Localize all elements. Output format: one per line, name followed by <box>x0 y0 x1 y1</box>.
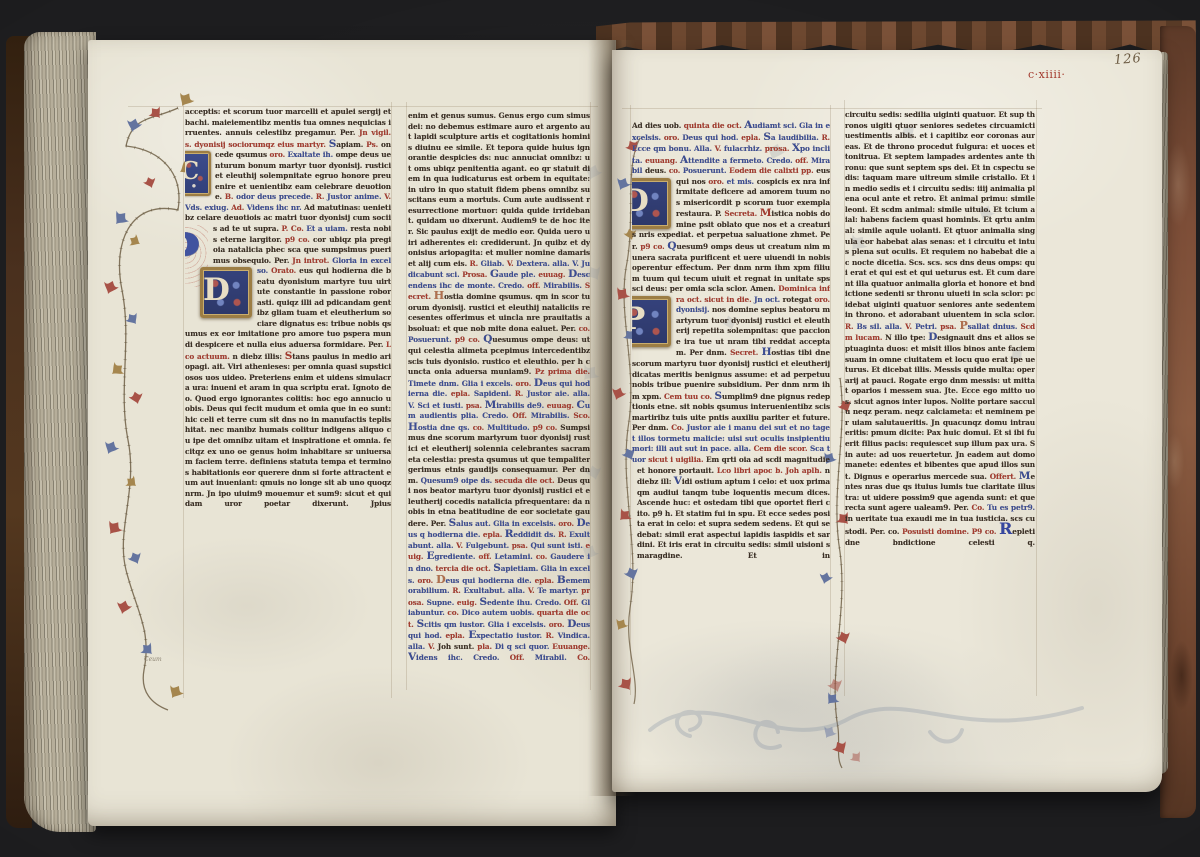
text-run: D <box>436 573 445 586</box>
text-run: Secreta. <box>724 209 759 218</box>
text-run: a laudibilia. <box>771 133 822 142</box>
text-run: edente ihu. Credo. <box>487 598 564 607</box>
text-run: euuag. <box>538 270 568 279</box>
text-run: p9 co. <box>455 335 483 344</box>
text-run: Euuange. <box>552 642 590 651</box>
text-run: S <box>493 562 500 574</box>
text-run: co. <box>447 608 461 617</box>
text-run: Bs sil. alla. <box>857 322 906 331</box>
text-run: V <box>408 651 416 663</box>
text-run: idens ihc. Credo. <box>416 653 510 662</box>
text-run: V. <box>456 541 465 550</box>
text-column-right-2: circuitu sedis: sedilia uiginti quatuor.… <box>845 110 1035 692</box>
text-run: Jn oct. <box>754 295 783 304</box>
text-run: Cem tuu co. <box>664 392 715 401</box>
text-run: Deus qui hod. <box>682 133 741 142</box>
text-run: D <box>928 331 937 343</box>
text-run: Orato. <box>271 266 299 275</box>
text-run: V <box>674 475 682 487</box>
illuminated-initial-D: D <box>200 267 252 318</box>
text-run: Lco libri apoc b. Joh aplh. <box>717 466 825 475</box>
illuminated-initial-C: C <box>185 151 211 196</box>
text-run: aude ple. <box>499 270 538 279</box>
text-run: Quesum9 oipe ds. <box>421 476 495 485</box>
running-title: c·xiiii· <box>1028 68 1065 81</box>
text-run: Fulgebunt. <box>466 541 512 550</box>
text-run: R. <box>558 530 569 539</box>
text-run: R. <box>822 133 830 142</box>
text-run: co. <box>579 324 590 333</box>
text-run: euig. <box>457 598 480 607</box>
text-run: D <box>567 618 576 630</box>
text-column-left-2: enim et genus sumus. Genus ergo cum simu… <box>408 111 590 687</box>
text-run: oro. <box>558 519 576 528</box>
text-run: euuag. <box>547 401 577 410</box>
text-run: D <box>568 268 577 280</box>
text-run: epla. <box>483 530 505 539</box>
text-run: rotegat <box>783 295 815 304</box>
ruling-line <box>406 102 407 690</box>
text-run: epla. <box>535 576 557 585</box>
text-run: co. <box>536 552 551 561</box>
text-run: B. <box>225 192 236 201</box>
text-run: p9 co. <box>640 242 667 251</box>
text-run: irabilis de9. <box>496 401 547 410</box>
text-run: off. <box>478 552 494 561</box>
text-run: Letamini. <box>495 552 536 561</box>
text-run: oro. <box>549 620 567 629</box>
text-run: Ps. <box>366 140 381 149</box>
text-run: Pz prima die. <box>535 367 590 376</box>
text-run: Sapideni. <box>474 389 515 398</box>
text-run: Ecce qm bonu. Alla. <box>632 144 715 153</box>
text-run: Cem die scor. <box>754 444 810 453</box>
text-run: epla. <box>741 133 763 142</box>
text-run: et mis. <box>727 177 757 186</box>
text-run: C <box>577 399 585 411</box>
text-run: citis qm iustor. Glia i excelsis. <box>424 620 549 629</box>
text-run: psa. <box>512 541 531 550</box>
text-run: B <box>557 574 566 586</box>
text-run: apiam. <box>336 140 366 149</box>
text-run: G <box>490 268 499 280</box>
text-run: S <box>449 517 456 529</box>
text-run: Gliab. <box>481 259 507 268</box>
text-run: oro. <box>814 295 830 304</box>
text-run: R. <box>316 192 327 201</box>
text-run: ttendite a fermeto. Credo. <box>688 156 795 165</box>
text-run: euuang. <box>645 156 680 165</box>
text-run: P <box>959 319 967 332</box>
text-run: grediente. <box>434 552 478 561</box>
text-run: V. <box>905 322 915 331</box>
text-run: sallat dnius. <box>968 322 1021 331</box>
text-run: V. <box>528 586 538 595</box>
text-run: Petri. <box>915 322 940 331</box>
text-run: Q <box>483 333 492 345</box>
text-run: Supne. <box>427 598 457 607</box>
text-run: Secret. <box>730 348 761 357</box>
text-run: deus. <box>645 166 669 175</box>
text-column-left-1: acceptis: et scorum tuor marcelli et apu… <box>185 107 391 693</box>
margin-note: Ceum <box>144 656 162 663</box>
text-run: M <box>1019 470 1031 482</box>
text-run: R <box>999 519 1012 538</box>
text-run: oro. <box>664 133 682 142</box>
text-run: N illo tpe: <box>885 333 928 342</box>
text-run: A <box>680 154 688 166</box>
text-run: enim et genus sumus. Genus ergo cum simu… <box>408 111 590 268</box>
text-run: R. <box>546 631 558 640</box>
text-run: Videns ihc nr. <box>247 203 304 212</box>
text-run: oro. <box>516 379 534 388</box>
text-run: off. <box>527 281 543 290</box>
text-run: esignauit dns et alios septuaginta duos:… <box>845 333 1035 480</box>
text-run: oro. <box>708 177 726 186</box>
text-run: V. <box>428 642 438 651</box>
text-run: Joh sunt. <box>438 642 477 651</box>
text-run: S <box>480 596 487 608</box>
text-run: Mirabilis. <box>543 281 585 290</box>
text-run: psa. <box>466 401 485 410</box>
text-run: sicut i uigilia. <box>648 455 706 464</box>
text-run: odor deus precede. <box>236 192 316 201</box>
text-run: V. <box>384 192 391 201</box>
text-run: Exultabut. alla. <box>464 586 528 595</box>
text-run: Ad. <box>231 203 247 212</box>
text-run: Sco. <box>573 411 590 420</box>
text-run: co. <box>669 166 683 175</box>
text-run: circuitu sedis: sedilia uiginti quatuor.… <box>845 110 1035 319</box>
text-run: V. <box>507 259 516 268</box>
text-run: R. <box>470 259 481 268</box>
text-run: D <box>534 377 543 389</box>
text-run: Jn introt. <box>292 256 332 265</box>
text-run: M <box>760 207 772 219</box>
text-run: xpectatio iustor. <box>476 631 545 640</box>
text-run: ostia dne qs. <box>418 423 473 432</box>
illuminated-initial-P: P <box>632 296 671 347</box>
text-run: Co. <box>671 423 687 432</box>
text-run: P. Co. <box>282 224 307 233</box>
text-run: Qui sunt isti. <box>531 541 586 550</box>
text-run: H <box>762 346 772 358</box>
text-run: Co. <box>972 503 988 512</box>
text-run: P9 co. <box>972 527 999 536</box>
text-run: Prosa. <box>462 270 490 279</box>
text-run: eus qui hodierna die. <box>446 576 535 585</box>
text-run: eddidit ds. <box>513 530 558 539</box>
text-run: S <box>417 618 424 630</box>
ruling-line <box>391 102 392 698</box>
illuminated-initial-D: D <box>632 178 671 229</box>
folio-number: 126 <box>1114 51 1143 68</box>
text-run: R. <box>515 389 527 398</box>
text-run: Ad dies uob. <box>632 121 684 130</box>
text-run: Vds. exiug. <box>185 203 231 212</box>
text-run: Dico autem uobis. <box>461 608 536 617</box>
text-run: Exaltate ih. <box>288 150 336 159</box>
text-run: Te martyr. <box>538 586 582 595</box>
text-run: Posuerunt. <box>683 166 729 175</box>
page-right: Ad dies uob. quinta die oct. Audiamt sci… <box>612 50 1162 792</box>
text-run: Eodem die calixti pp. <box>729 166 816 175</box>
text-run: fulacrhiz. <box>724 144 765 153</box>
text-run: X <box>792 142 800 154</box>
text-run: Off. <box>510 653 535 662</box>
text-run: secuda die oct. <box>495 476 558 485</box>
text-run: p9 co. <box>285 235 313 244</box>
text-column-right-1: Ad dies uob. quinta die oct. Audiamt sci… <box>632 120 830 694</box>
text-run: pla. <box>477 642 495 651</box>
text-run: p9 co. <box>533 423 561 432</box>
text-run: S <box>715 390 722 402</box>
text-run: Off. <box>512 411 531 420</box>
text-run: epla. <box>445 631 468 640</box>
page-edge-stack-left <box>24 32 96 832</box>
text-run: R. <box>452 586 463 595</box>
text-run: off. <box>795 156 811 165</box>
text-run: tans paulus in medio ariopagi. ait. Viri… <box>185 352 391 509</box>
text-run: epla. <box>451 389 474 398</box>
text-run: M <box>485 399 497 411</box>
text-run: Mirabil. <box>535 653 577 662</box>
text-run: Multitudo. <box>487 423 532 432</box>
text-run: oro. <box>417 576 436 585</box>
text-run: idi ostium aptum i celo: et uox prima qm… <box>637 477 830 560</box>
text-run: Mirabilis. <box>531 411 574 420</box>
text-run: alus aut. Glia in excelsis. <box>456 519 558 528</box>
text-run: H <box>434 289 444 302</box>
text-run: Di q sci quor. <box>495 642 552 651</box>
text-run: R. <box>845 322 857 331</box>
text-run: Posuerunt. <box>408 335 455 344</box>
text-run: Timete dnm. Glia i excels. <box>408 379 516 388</box>
text-run: Et a uiam. <box>306 224 350 233</box>
text-run: Off. <box>564 598 581 607</box>
text-run: co. <box>473 423 488 432</box>
text-run: S <box>763 131 770 143</box>
text-run: Co. <box>577 653 590 662</box>
page-left: acceptis: et scorum tuor marcelli et apu… <box>88 40 616 826</box>
manuscript-photo: acceptis: et scorum tuor marcelli et apu… <box>0 0 1200 857</box>
text-run: psa. <box>940 322 959 331</box>
text-run: Tu es petr9. <box>987 503 1035 512</box>
text-run: H <box>408 421 418 433</box>
text-run: oro. <box>269 150 287 159</box>
text-run: Posuisti domine. <box>902 527 972 536</box>
text-run: V. <box>715 144 724 153</box>
text-run: prosa. <box>765 144 792 153</box>
text-run: quinta die oct. <box>684 121 745 130</box>
text-run: Justor anime. <box>327 192 384 201</box>
text-run: Offert. <box>990 472 1019 481</box>
text-run: dyonisij. <box>676 305 712 314</box>
text-run: n diebz illis: <box>233 352 285 361</box>
